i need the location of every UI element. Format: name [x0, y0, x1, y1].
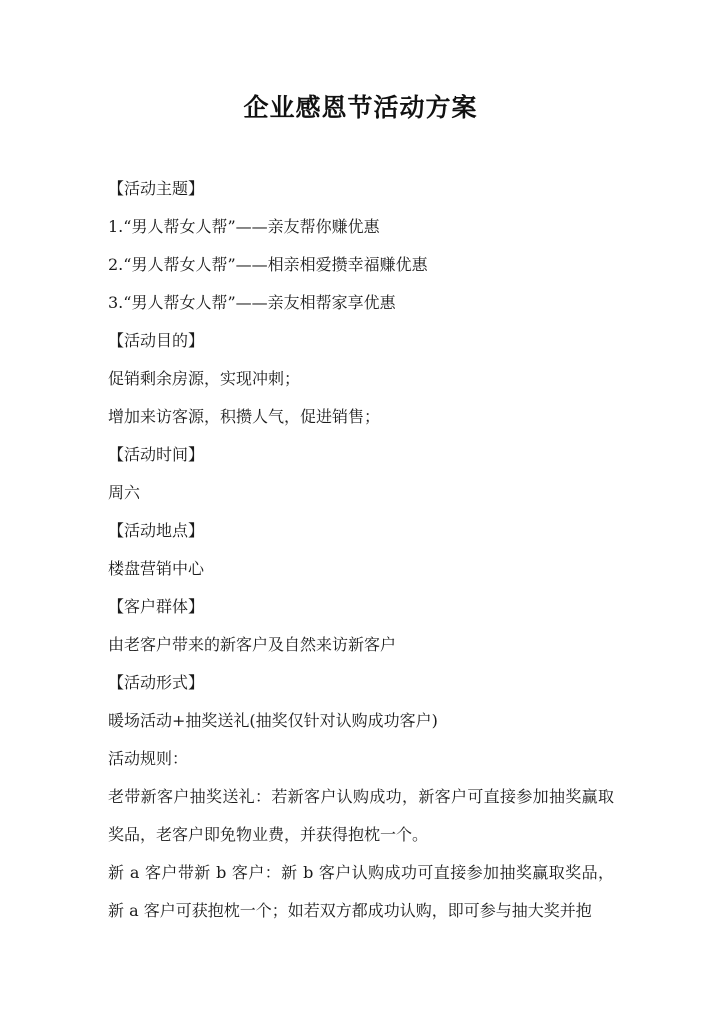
rules-label: 活动规则： — [108, 740, 614, 778]
section-heading-format: 【活动形式】 — [108, 664, 614, 702]
section-heading-theme: 【活动主题】 — [108, 170, 614, 208]
rule-paragraph-1: 老带新客户抽奖送礼：若新客户认购成功，新客户可直接参加抽奖赢取奖品，老客户即免物… — [108, 778, 614, 854]
theme-item-1: 1.“男人帮女人帮”——亲友帮你赚优惠 — [108, 208, 614, 246]
document-page: 企业感恩节活动方案 【活动主题】 1.“男人帮女人帮”——亲友帮你赚优惠 2.“… — [0, 0, 721, 1020]
theme-item-2: 2.“男人帮女人帮”——相亲相爱攒幸福赚优惠 — [108, 246, 614, 284]
location-value: 楼盘营销中心 — [108, 550, 614, 588]
rule-paragraph-2: 新 a 客户带新 b 客户：新 b 客户认购成功可直接参加抽奖赢取奖品，新 a … — [108, 854, 614, 930]
document-title: 企业感恩节活动方案 — [0, 88, 721, 124]
purpose-line-2: 增加来访客源，积攒人气，促进销售； — [108, 398, 614, 436]
section-heading-audience: 【客户群体】 — [108, 588, 614, 626]
section-heading-time: 【活动时间】 — [108, 436, 614, 474]
section-heading-location: 【活动地点】 — [108, 512, 614, 550]
audience-value: 由老客户带来的新客户及自然来访新客户 — [108, 626, 614, 664]
document-body: 【活动主题】 1.“男人帮女人帮”——亲友帮你赚优惠 2.“男人帮女人帮”——相… — [108, 170, 614, 930]
purpose-line-1: 促销剩余房源，实现冲刺； — [108, 360, 614, 398]
format-value: 暖场活动+抽奖送礼(抽奖仅针对认购成功客户) — [108, 702, 614, 740]
theme-item-3: 3.“男人帮女人帮”——亲友相帮家享优惠 — [108, 284, 614, 322]
time-value: 周六 — [108, 474, 614, 512]
section-heading-purpose: 【活动目的】 — [108, 322, 614, 360]
